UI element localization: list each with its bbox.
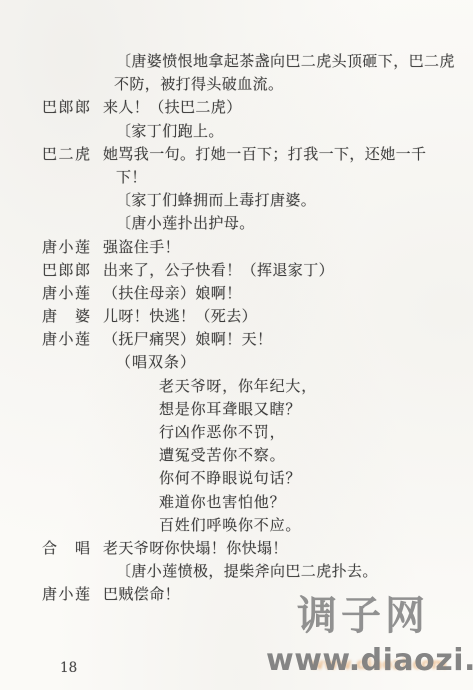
- verse-line: 想是你耳聋眼又瞎？: [0, 398, 473, 421]
- tune-label-text: （唱双条）: [116, 351, 196, 374]
- verse-line: 百姓们呼唤你不应。: [0, 514, 473, 537]
- stage-direction-text: 〔家丁们蜂拥而上毒打唐婆。: [116, 189, 316, 212]
- stage-direction: 〔唐小莲扑出护母。: [0, 212, 473, 235]
- dialogue-text: 巴贼偿命！: [103, 583, 180, 606]
- stage-direction-text: 〔唐小莲扑出护母。: [116, 212, 255, 235]
- dialogue-text: 儿呀！快逃！（死去）: [103, 305, 257, 328]
- dialogue-text: （扶住母亲）娘啊！: [103, 282, 242, 305]
- dialogue-line: 唐 婆 儿呀！快逃！（死去）: [0, 305, 473, 328]
- dialogue-line: 唐小莲 （扶住母亲）娘啊！: [0, 282, 473, 305]
- dialogue-line: 唐小莲 强盗住手！: [0, 236, 473, 259]
- verse-text: 老天爷呀，你年纪大，: [159, 375, 317, 398]
- stage-direction-text: 〔家丁们跑上。: [116, 120, 224, 143]
- stage-direction-text: 〔唐婆愤恨地拿起茶盏向巴二虎头顶砸下，巴二虎: [116, 50, 455, 73]
- stage-direction: 〔唐小莲愤极，提柴斧向巴二虎扑去。: [0, 560, 473, 583]
- verse-text: 难道你也害怕他？: [159, 491, 285, 514]
- speaker-name: 唐小莲: [42, 583, 92, 606]
- script-text-block: 〔唐婆愤恨地拿起茶盏向巴二虎头顶砸下，巴二虎 不防，被打得头破血流。 巴郎郎 来…: [0, 50, 473, 607]
- dialogue-text: 强盗住手！: [103, 236, 180, 259]
- dialogue-line: 巴郎郎 来人！（扶巴二虎）: [0, 96, 473, 119]
- speaker-name: 唐 婆: [42, 305, 92, 328]
- dialogue-line: 巴郎郎 出来了，公子快看！（挥退家丁）: [0, 259, 473, 282]
- stage-direction-text: 〔唐小莲愤极，提柴斧向巴二虎扑去。: [116, 560, 378, 583]
- dialogue-continuation: 下！: [0, 166, 473, 189]
- dialogue-text: （抚尸痛哭）娘啊！天！: [103, 328, 272, 351]
- dialogue-line: 巴二虎 她骂我一句。打她一百下；打我一下，还她一千: [0, 143, 473, 166]
- watermark-site-name: 调子网: [297, 594, 429, 638]
- verse-line: 行凶作恶你不罚，: [0, 421, 473, 444]
- dialogue-text: 来人！（扶巴二虎）: [103, 96, 242, 119]
- watermark-site-url: www.diaozi.com: [266, 644, 473, 678]
- stage-direction-continuation: 不防，被打得头破血流。: [0, 73, 473, 96]
- verse-line: 你何不睁眼说句话？: [0, 467, 473, 490]
- verse-line: 老天爷呀，你年纪大，: [0, 375, 473, 398]
- dialogue-text: 老天爷呀你快塌！你快塌！: [103, 537, 288, 560]
- verse-line: 难道你也害怕他？: [0, 491, 473, 514]
- page-number: 18: [60, 660, 77, 676]
- chorus-line: 合 唱 老天爷呀你快塌！你快塌！: [0, 537, 473, 560]
- speaker-name: 巴二虎: [42, 143, 92, 166]
- verse-text: 想是你耳聋眼又瞎？: [159, 398, 301, 421]
- stage-direction: 〔唐婆愤恨地拿起茶盏向巴二虎头顶砸下，巴二虎: [0, 50, 473, 73]
- verse-text: 百姓们呼唤你不应。: [159, 514, 301, 537]
- stage-direction-text: 不防，被打得头破血流。: [114, 73, 283, 96]
- dialogue-line: 唐小莲 （抚尸痛哭）娘啊！天！: [0, 328, 473, 351]
- speaker-name: 唐小莲: [42, 236, 92, 259]
- verse-text: 你何不睁眼说句话？: [159, 467, 301, 490]
- dialogue-text: 她骂我一句。打她一百下；打我一下，还她一千: [103, 143, 426, 166]
- verse-line: 遭冤受苦你不察。: [0, 444, 473, 467]
- tune-label: （唱双条）: [0, 351, 473, 374]
- verse-text: 行凶作恶你不罚，: [159, 421, 285, 444]
- scanned-script-page: 〔唐婆愤恨地拿起茶盏向巴二虎头顶砸下，巴二虎 不防，被打得头破血流。 巴郎郎 来…: [0, 0, 473, 690]
- speaker-name: 巴郎郎: [42, 259, 92, 282]
- speaker-name: 合 唱: [42, 537, 92, 560]
- dialogue-text: 下！: [116, 166, 147, 189]
- dialogue-text: 出来了，公子快看！（挥退家丁）: [103, 259, 334, 282]
- stage-direction: 〔家丁们跑上。: [0, 120, 473, 143]
- stage-direction: 〔家丁们蜂拥而上毒打唐婆。: [0, 189, 473, 212]
- speaker-name: 唐小莲: [42, 328, 92, 351]
- verse-text: 遭冤受苦你不察。: [159, 444, 285, 467]
- speaker-name: 唐小莲: [42, 282, 92, 305]
- speaker-name: 巴郎郎: [42, 96, 92, 119]
